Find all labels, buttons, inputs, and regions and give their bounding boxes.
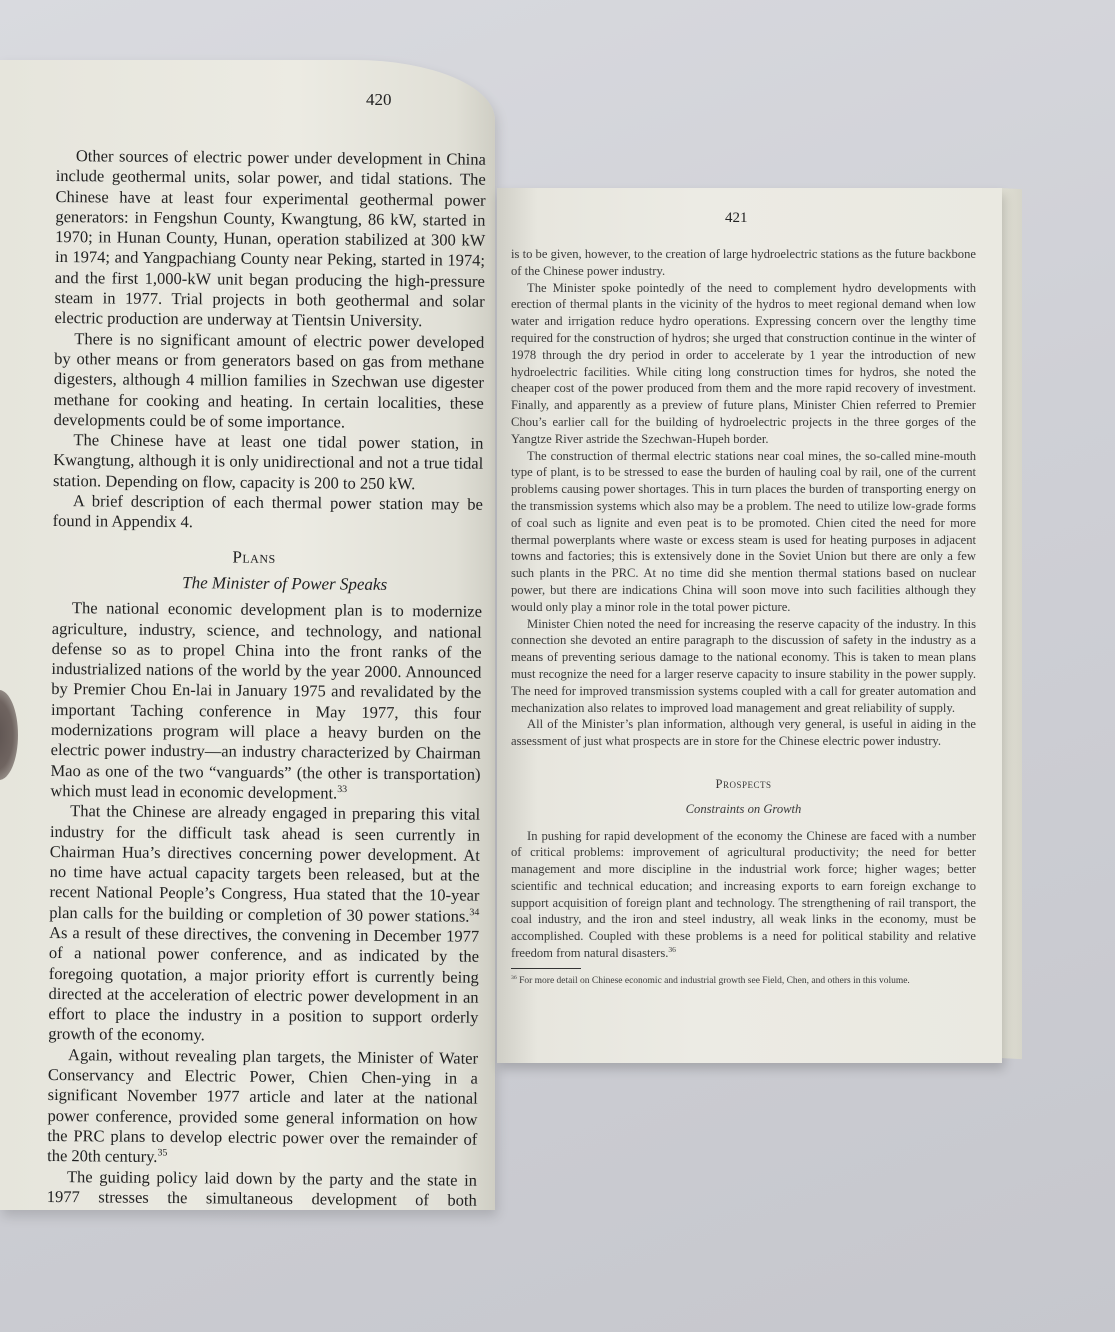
footnote: 36 For more detail on Chinese economic a…	[511, 975, 976, 988]
footnote-ref: 33	[337, 784, 347, 795]
paragraph: A brief description of each thermal powe…	[53, 491, 483, 535]
right-page-body: is to be given, however, to the creation…	[511, 246, 976, 988]
paragraph: Other sources of electric power under de…	[54, 146, 486, 332]
footnote-ref: 36	[668, 945, 676, 954]
left-page-body: Other sources of electric power under de…	[46, 146, 486, 1210]
subsection-heading: The Minister of Power Speaks	[182, 573, 482, 596]
page-number-left: 420	[366, 90, 392, 110]
paragraph: The national economic development plan i…	[50, 598, 482, 805]
paragraph: The Minister spoke pointedly of the need…	[511, 280, 976, 448]
paragraph: All of the Minister’s plan information, …	[511, 716, 976, 750]
section-heading-prospects: Prospects	[511, 776, 976, 793]
paragraph-text: As a result of these directives, the con…	[48, 923, 479, 1045]
paragraph: Again, without revealing plan targets, t…	[47, 1045, 478, 1171]
footnote-rule	[511, 968, 581, 969]
footnote-number: 36	[511, 975, 517, 981]
subsection-heading: Constraints on Growth	[511, 801, 976, 818]
footnote-text: For more detail on Chinese economic and …	[519, 976, 910, 986]
paragraph: In pushing for rapid development of the …	[511, 828, 976, 962]
paragraph: There is no significant amount of electr…	[54, 329, 485, 434]
footnote-ref: 34	[469, 907, 479, 918]
paragraph: is to be given, however, to the creation…	[511, 246, 976, 280]
footnotes-right: 36 For more detail on Chinese economic a…	[511, 975, 976, 988]
paragraph: The construction of thermal electric sta…	[511, 448, 976, 616]
paragraph-text: In pushing for rapid development of the …	[511, 829, 976, 961]
paragraph: The Chinese have at least one tidal powe…	[53, 430, 484, 495]
page-block-edge	[1000, 188, 1022, 1059]
right-page: 421 is to be given, however, to the crea…	[497, 188, 1002, 1063]
page-number-right: 421	[725, 210, 748, 227]
paragraph: That the Chinese are already engaged in …	[48, 801, 480, 1048]
paragraph-text: The national economic development plan i…	[50, 598, 482, 802]
footnote-ref: 35	[157, 1148, 167, 1159]
section-heading-plans: Plans	[232, 547, 482, 569]
spacer	[511, 750, 976, 764]
paragraph-text: Again, without revealing plan targets, t…	[47, 1045, 478, 1166]
left-page: 420 Other sources of electric power unde…	[0, 60, 495, 1210]
paragraph: Minister Chien noted the need for increa…	[511, 616, 976, 717]
paragraph: The guiding policy laid down by the part…	[46, 1167, 477, 1210]
paragraph-text: That the Chinese are already engaged in …	[49, 801, 480, 925]
